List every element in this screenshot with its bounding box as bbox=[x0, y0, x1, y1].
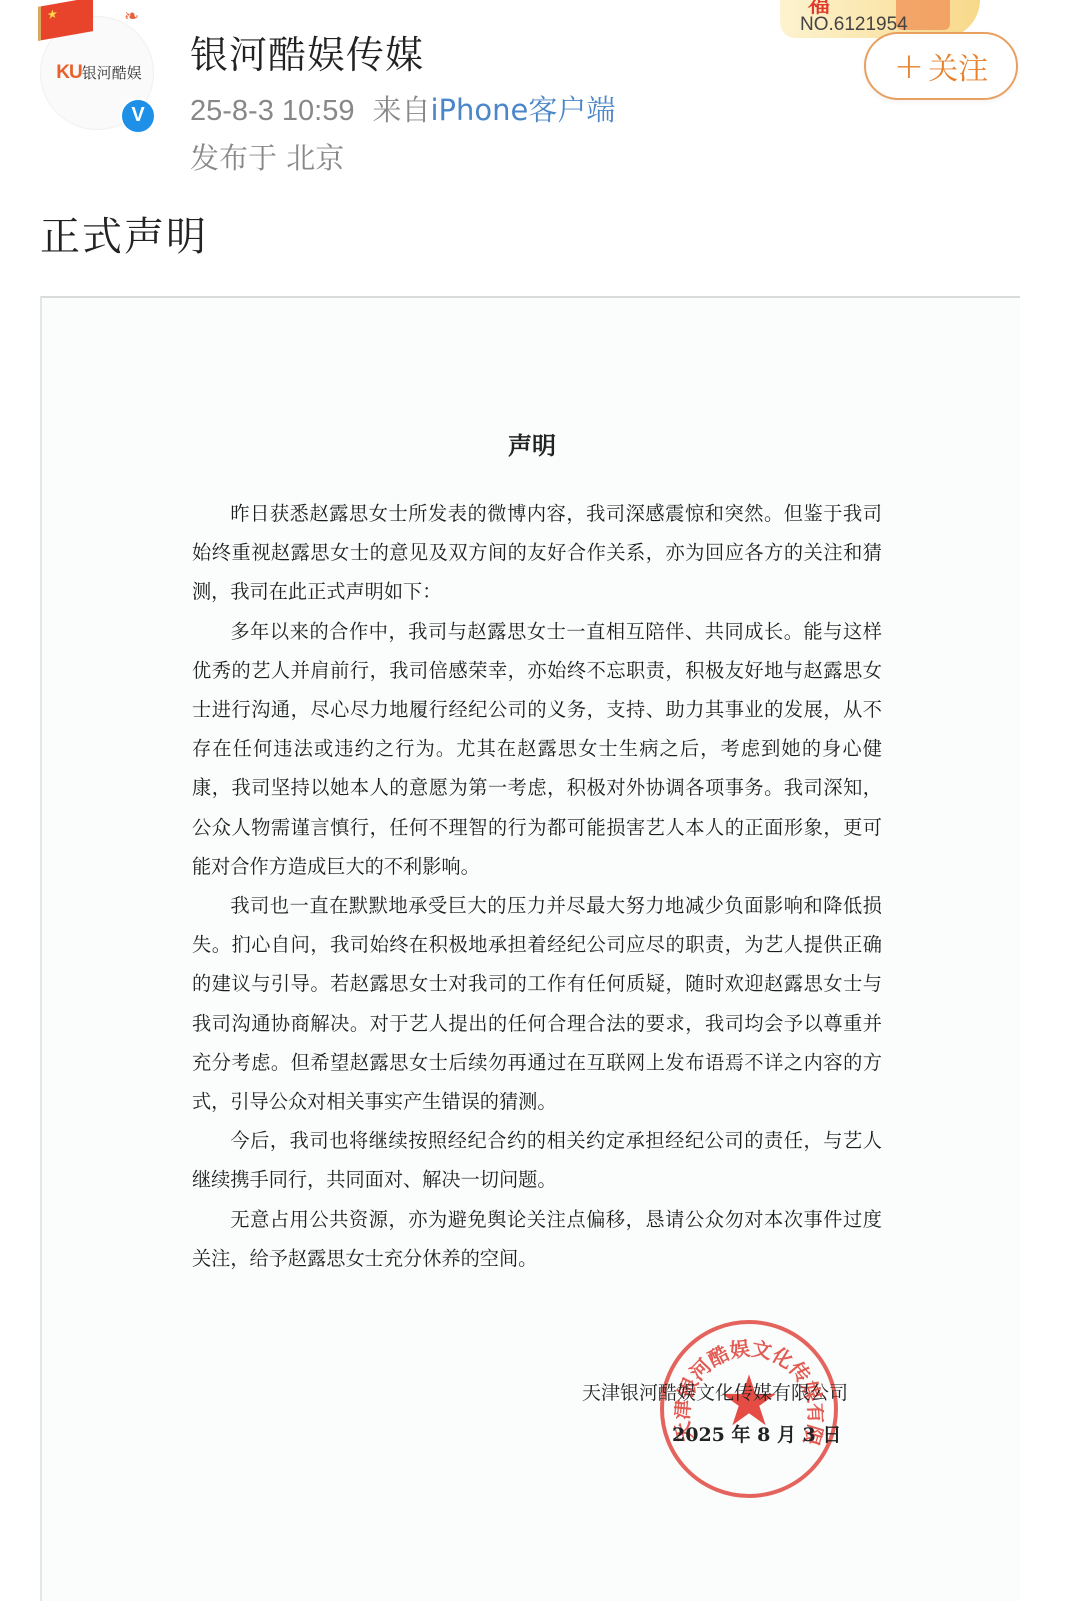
document-paragraph: 今后，我司也将继续按照经纪合约的相关约定承担经纪公司的责任，与艺人继续携手同行，… bbox=[192, 1121, 882, 1199]
post-timestamp: 25-8-3 10:59 bbox=[190, 95, 354, 127]
username[interactable]: 银河酷娱传媒 bbox=[190, 24, 424, 79]
dove-icon: ❧ bbox=[124, 6, 139, 27]
document-date: 2025 年 8 月 3 日 bbox=[672, 1420, 841, 1447]
post-text: 正式声明 bbox=[40, 205, 208, 262]
company-seal: 天津银河酷娱文化传媒有限公司 ★ bbox=[660, 1320, 838, 1498]
document-paragraph: 多年以来的合作中，我司与赵露思女士一直相互陪伴、共同成长。能与这样优秀的艺人并肩… bbox=[192, 612, 882, 886]
document-paragraph: 我司也一直在默默地承受巨大的压力并尽最大努力地减少负面影响和降低损失。扪心自问，… bbox=[192, 886, 882, 1121]
plus-icon: + bbox=[894, 46, 924, 87]
document-paragraph: 无意占用公共资源，亦为避免舆论关注点偏移，恳请公众勿对本次事件过度关注，给予赵露… bbox=[192, 1200, 882, 1278]
source-client[interactable]: iPhone客户端 bbox=[430, 93, 615, 127]
document-paragraph: 昨日获悉赵露思女士所发表的微博内容，我司深感震惊和突然。但鉴于我司始终重视赵露思… bbox=[192, 494, 882, 612]
document-body: 昨日获悉赵露思女士所发表的微博内容，我司深感震惊和突然。但鉴于我司始终重视赵露思… bbox=[192, 494, 882, 1278]
document-signature: 天津银河酷娱文化传媒有限公司 bbox=[582, 1378, 848, 1405]
post-header: ★ ❧ KU银河酷娱 V 银河酷娱传媒 25-8-3 10:59来自iPhone… bbox=[0, 0, 1080, 190]
follow-label: 关注 bbox=[928, 44, 988, 88]
logo-text: 银河酷娱 bbox=[82, 64, 142, 82]
verified-icon: V bbox=[120, 98, 156, 134]
avatar-logo: KU银河酷娱 bbox=[40, 62, 158, 84]
avatar[interactable]: ★ ❧ KU银河酷娱 V bbox=[38, 2, 156, 128]
post-location: 发布于 北京 bbox=[190, 136, 344, 177]
document-title: 声明 bbox=[42, 426, 1022, 461]
follow-button[interactable]: + 关注 bbox=[864, 32, 1018, 100]
logo-mark: KU bbox=[56, 62, 81, 83]
statement-image[interactable]: 声明 昨日获悉赵露思女士所发表的微博内容，我司深感震惊和突然。但鉴于我司始终重视… bbox=[40, 296, 1020, 1601]
source-prefix: 来自 bbox=[372, 93, 430, 127]
post-meta: 25-8-3 10:59来自iPhone客户端 bbox=[190, 88, 615, 129]
